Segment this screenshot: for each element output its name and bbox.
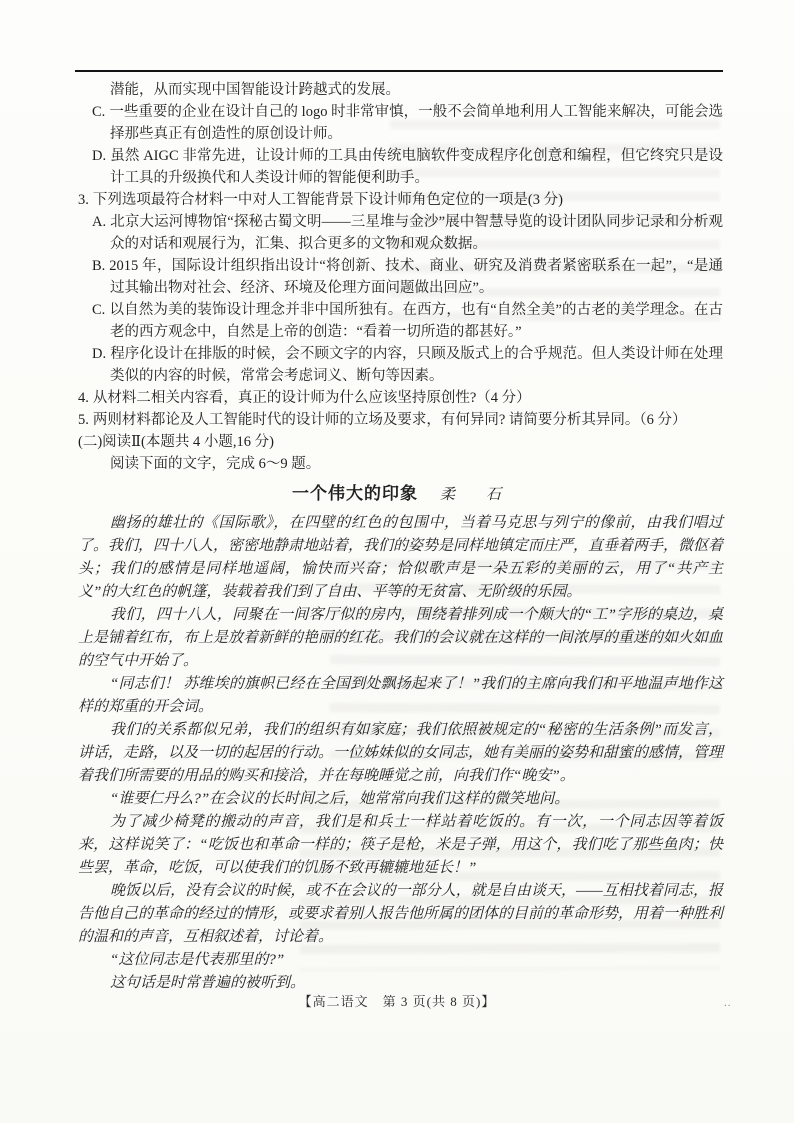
section-2-header: (二)阅读Ⅱ(本题共 4 小题,16 分) [78, 431, 723, 453]
option-text: 以自然为美的装饰设计理念并非中国所独有。在西方，也有“自然全美”的古老的美学理念… [109, 302, 723, 340]
scan-dot-artifact: .. [724, 997, 732, 1009]
passage-paragraph-8: “这位同志是代表那里的?” [78, 949, 723, 972]
page-content: 潜能，从而实现中国智能设计跨越式的发展。 C.一些重要的企业在设计自己的 log… [78, 79, 723, 995]
question-3-stem: 3.下列选项最符合材料一中对人工智能背景下设计师角色定位的一项是(3 分) [78, 189, 723, 211]
option-text: 2015 年，国际设计组织指出设计“将创新、技术、商业、研究及消费者紧密联系在一… [109, 258, 723, 296]
q3-option-b: B.2015 年，国际设计组织指出设计“将创新、技术、商业、研究及消费者紧密联系… [78, 255, 723, 299]
passage-author: 柔 石 [440, 487, 509, 503]
passage-title-line: 一个伟大的印象柔 石 [78, 482, 723, 507]
questions-block: 潜能，从而实现中国智能设计跨越式的发展。 C.一些重要的企业在设计自己的 log… [78, 79, 723, 475]
q2-option-c: C.一些重要的企业在设计自己的 logo 时非常审慎，一般不会简单地利用人工智能… [78, 101, 723, 145]
option-label: B. [92, 258, 105, 274]
exam-page: 潜能，从而实现中国智能设计跨越式的发展。 C.一些重要的企业在设计自己的 log… [0, 0, 794, 1123]
option-text: 虽然 AIGC 非常先进，让设计师的工具由传统电脑软件变成程序化创意和编程，但它… [110, 148, 723, 186]
reading-instruction: 阅读下面的文字，完成 6～9 题。 [78, 453, 723, 475]
passage-paragraph-3: “同志们！ 苏维埃的旗帜已经在全国到处飘扬起来了！”我们的主席向我们和平地温声地… [78, 673, 723, 719]
passage-paragraph-5: “谁要仁丹么?”在会议的长时间之后，她常常向我们这样的微笑地问。 [78, 788, 723, 811]
q3-option-c: C.以自然为美的装饰设计理念并非中国所独有。在西方，也有“自然全美”的古老的美学… [78, 299, 723, 343]
question-number: 5. [78, 412, 89, 428]
option-label: D. [92, 148, 106, 164]
option-label: C. [92, 302, 105, 318]
option-label: A. [92, 214, 106, 230]
option-label: C. [92, 104, 105, 120]
option-text: 北京大运河博物馆“探秘古蜀文明——三星堆与金沙”展中智慧导览的设计团队同步记录和… [110, 214, 723, 252]
option-label: D. [92, 346, 106, 362]
top-rule-divider [75, 70, 723, 72]
question-4-stem: 4.从材料二相关内容看，真正的设计师为什么应该坚持原创性?（4 分） [78, 387, 723, 409]
passage-title: 一个伟大的印象 [292, 484, 418, 503]
q3-option-d: D.程序化设计在排版的时候，会不顾文字的内容，只顾及版式上的合乎规范。但人类设计… [78, 343, 723, 387]
passage-paragraph-1: 幽扬的雄壮的《国际歌》，在四壁的红色的包围中，当着马克思与列宁的像前，由我们唱过… [78, 512, 723, 604]
question-number: 4. [78, 390, 89, 406]
passage-paragraph-6: 为了减少椅凳的搬动的声音，我们是和兵士一样站着吃饭的。有一次，一个同志因等着饭来… [78, 811, 723, 880]
passage-body: 幽扬的雄壮的《国际歌》，在四壁的红色的包围中，当着马克思与列宁的像前，由我们唱过… [78, 512, 723, 995]
question-text: 两则材料都论及人工智能时代的设计师的立场及要求，有何异同? 请简要分析其异同。（… [93, 412, 687, 428]
question-text: 下列选项最符合材料一中对人工智能背景下设计师角色定位的一项是(3 分) [93, 192, 563, 208]
passage-paragraph-2: 我们，四十八人，同聚在一间客厅似的房内，围绕着排列成一个颇大的“工”字形的桌边，… [78, 604, 723, 673]
option-text: 程序化设计在排版的时候，会不顾文字的内容，只顾及版式上的合乎规范。但人类设计师在… [110, 346, 723, 384]
question-5-stem: 5.两则材料都论及人工智能时代的设计师的立场及要求，有何异同? 请简要分析其异同… [78, 409, 723, 431]
question-text: 从材料二相关内容看，真正的设计师为什么应该坚持原创性?（4 分） [93, 390, 531, 406]
q3-option-a: A.北京大运河博物馆“探秘古蜀文明——三星堆与金沙”展中智慧导览的设计团队同步记… [78, 211, 723, 255]
page-footer: 【高二语文 第 3 页(共 8 页)】 [0, 991, 794, 1010]
option-text: 一些重要的企业在设计自己的 logo 时非常审慎，一般不会简单地利用人工智能来解… [109, 104, 723, 142]
passage-paragraph-4: 我们的关系都似兄弟，我们的组织有如家庭；我们依照被规定的“秘密的生活条例”而发言… [78, 719, 723, 788]
carryover-line: 潜能，从而实现中国智能设计跨越式的发展。 [78, 79, 723, 101]
passage-paragraph-7: 晚饭以后，没有会议的时候，或不在会议的一部分人，就是自由谈天，——互相找着同志，… [78, 880, 723, 949]
q2-option-d: D.虽然 AIGC 非常先进，让设计师的工具由传统电脑软件变成程序化创意和编程，… [78, 145, 723, 189]
question-number: 3. [78, 192, 89, 208]
